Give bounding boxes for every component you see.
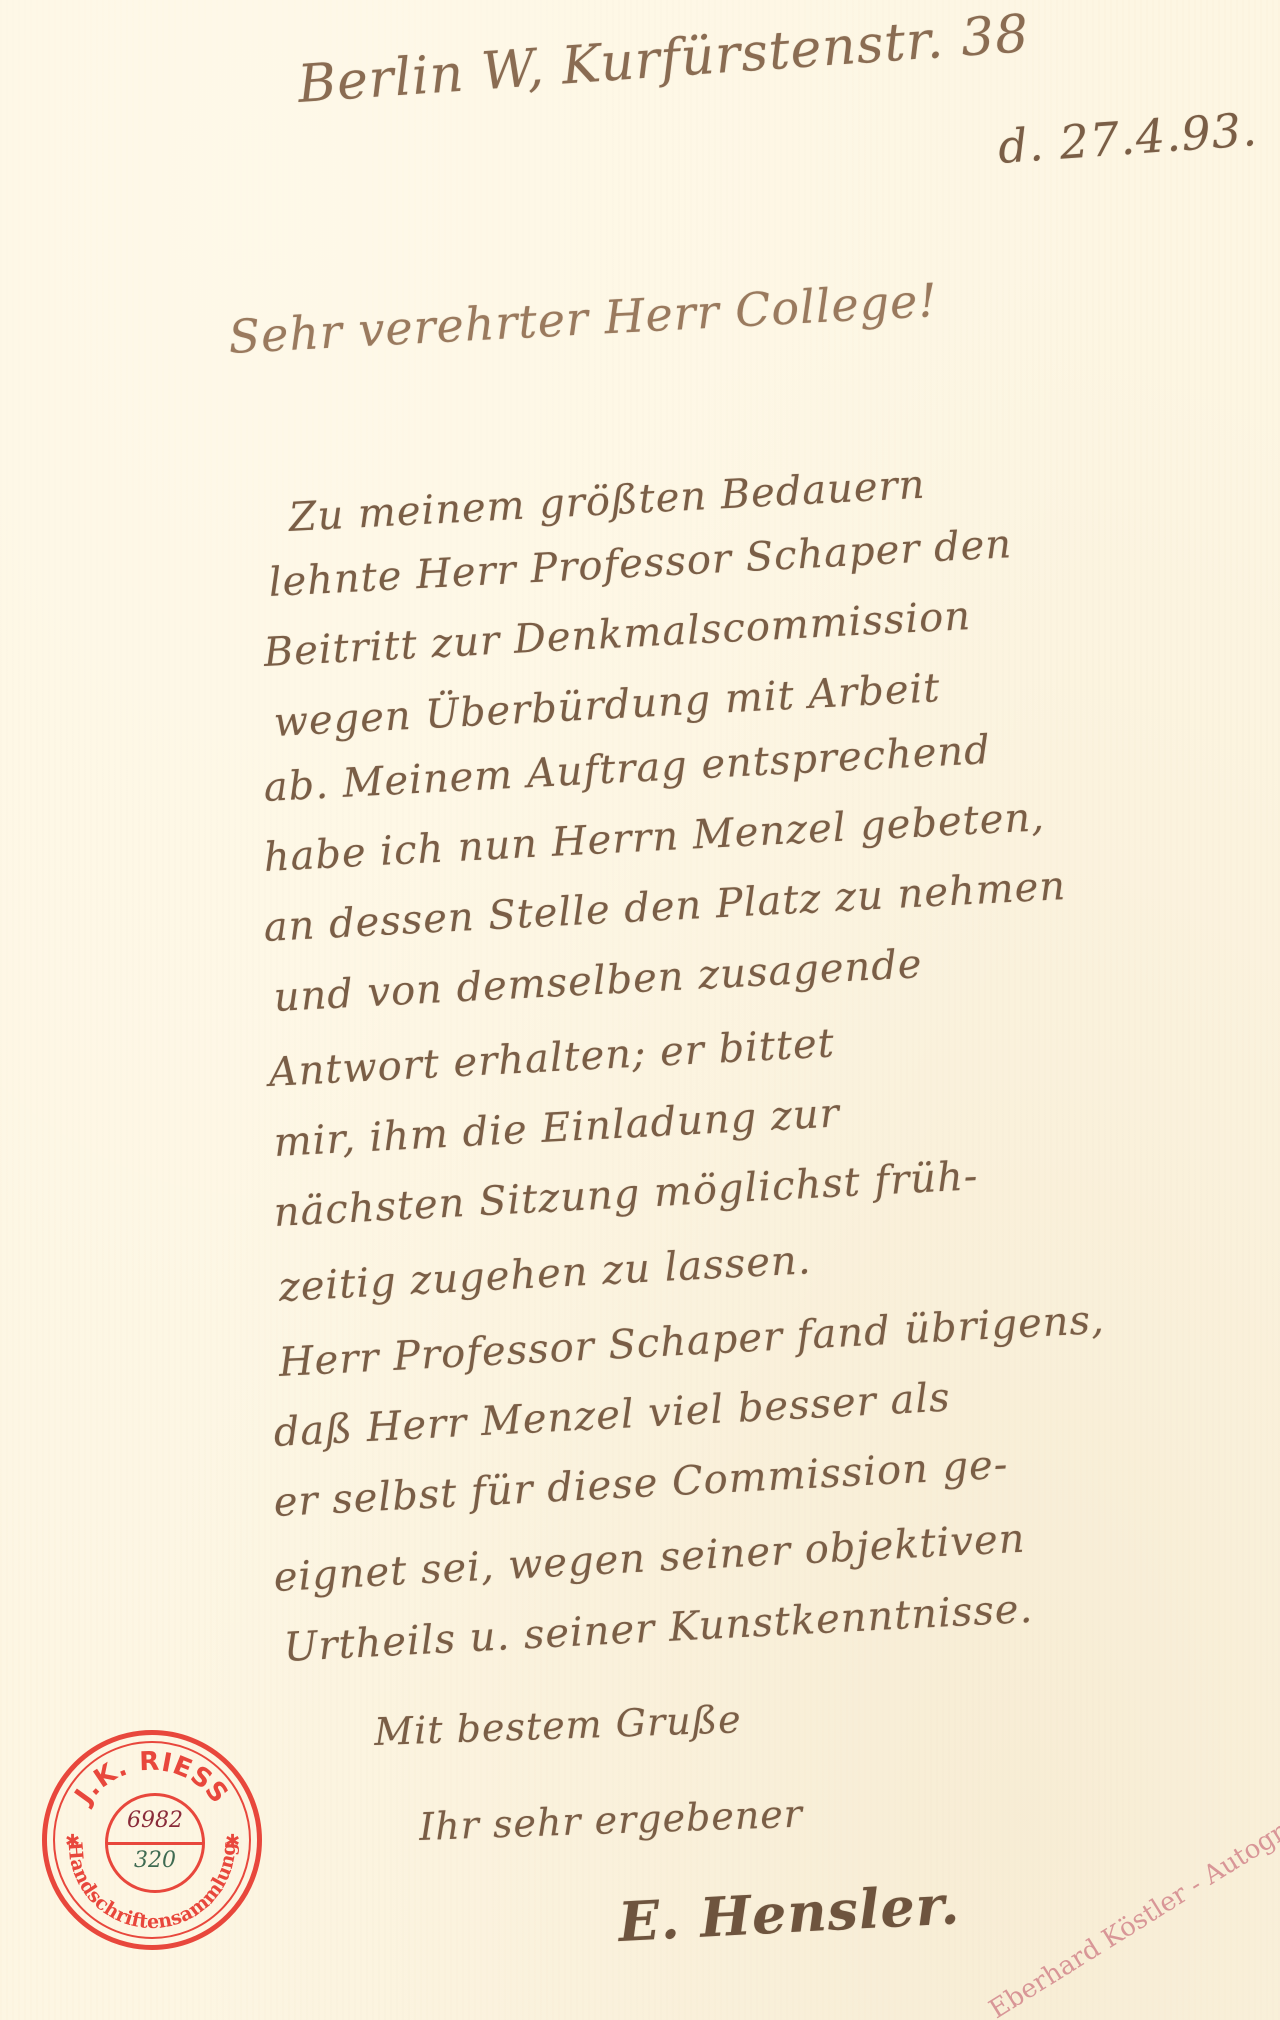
letter-date: d. 27.4.93. [996,102,1259,174]
body-line: an dessen Stelle den Platz zu nehmen [263,863,1068,951]
stamp-number-field: 6982 320 [105,1793,205,1893]
body-line: Herr Professor Schaper fand übrigens, [278,1297,1106,1386]
body-line: habe ich nun Herrn Menzel gebeten, [263,794,1046,881]
star-icon: ✱ [225,1831,240,1852]
body-line: Urtheils u. seiner Kunstkenntnisse. [283,1586,1035,1671]
stamp-number-bottom: 320 [108,1848,202,1873]
body-line: Zu meinem größten Bedauern [288,462,927,541]
collection-stamp: J.K. RIESS Handschriftensammlung ✱ ✱ 698… [42,1730,262,1950]
body-line: zeitig zugehen zu lassen. [278,1237,813,1311]
letter-page: Berlin W, Kurfürstenstr. 38 d. 27.4.93. … [0,0,1280,2020]
body-line: eignet sei, wegen seiner objektiven [273,1516,1027,1601]
body-line: und von demselben zusagende [273,941,924,1021]
star-icon: ✱ [65,1831,80,1852]
body-line: mir, ihm die Einladung zur [273,1090,841,1166]
body-line: daß Herr Menzel viel besser als [273,1375,952,1456]
stamp-number-top: 6982 [108,1808,202,1833]
stamp-divider [108,1842,202,1845]
signature: E. Hensler. [617,1872,962,1954]
body-line: er selbst für diese Commission ge- [273,1442,1010,1526]
closing-line: Mit bestem Gruße [373,1697,742,1754]
letter-salutation: Sehr verehrter Herr College! [227,273,939,364]
closing-line: Ihr sehr ergebener [418,1792,803,1849]
body-line: nächsten Sitzung möglichst früh- [273,1153,980,1236]
letter-place: Berlin W, Kurfürstenstr. 38 [296,4,1031,115]
body-line: Antwort erhalten; er bittet [268,1020,836,1096]
body-line: Beitritt zur Denkmalscommission [263,593,972,676]
